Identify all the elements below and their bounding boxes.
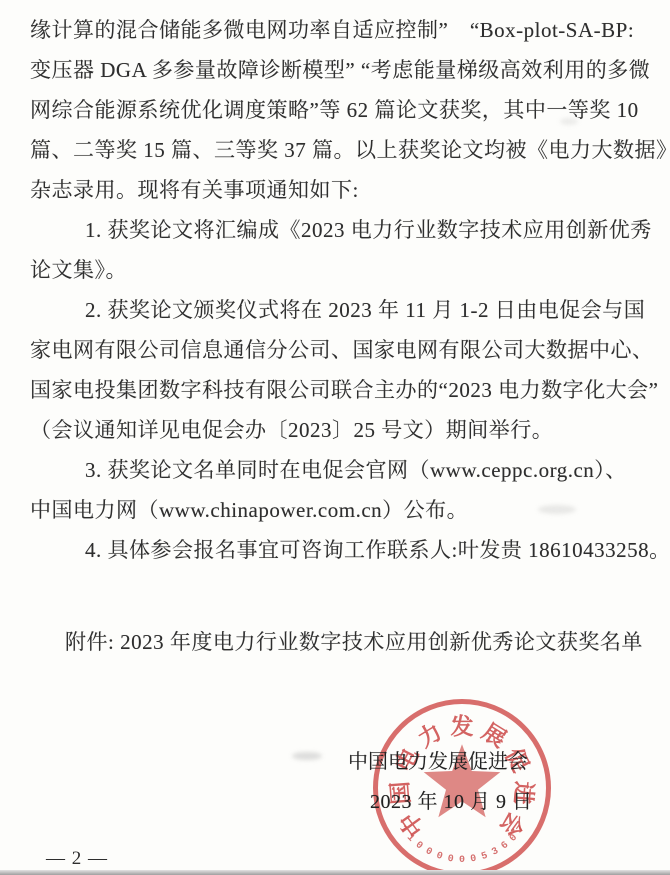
- text-line: 篇、二等奖 15 篇、三等奖 37 篇。以上获奖论文均被《电力大数据》: [30, 130, 642, 170]
- text-line: 网综合能源系统优化调度策略”等 62 篇论文获奖，其中一等奖 10: [30, 90, 642, 130]
- issue-date: 2023 年 10 月 9 日: [370, 782, 533, 822]
- text-line: 2. 获奖论文颁奖仪式将在 2023 年 11 月 1-2 日由电促会与国: [30, 290, 642, 330]
- page-number: — 2 —: [46, 845, 108, 873]
- issuer-signature: 中国电力发展促进会: [348, 742, 528, 782]
- text-line: 4. 具体参会报名事宜可咨询工作联系人:叶发贵 18610433258。: [30, 530, 642, 570]
- text-line: 中国电力网（www.chinapower.com.cn）公布。: [30, 490, 642, 530]
- text-line: 国家电投集团数字科技有限公司联合主办的“2023 电力数字化大会”: [30, 370, 642, 410]
- attachment-line: 附件: 2023 年度电力行业数字技术应用创新优秀论文获奖名单: [65, 622, 643, 662]
- text-line: 论文集》。: [30, 250, 642, 290]
- text-line: 家电网有限公司信息通信分公司、国家电网有限公司大数据中心、: [30, 330, 642, 370]
- document-page: 缘计算的混合储能多微电网功率自适应控制” “Box-plot-SA-BP:变压器…: [0, 0, 670, 875]
- text-line: （会议通知详见电促会办〔2023〕25 号文）期间举行。: [30, 410, 642, 450]
- text-line: 变压器 DGA 多参量故障诊断模型” “考虑能量梯级高效利用的多微: [30, 50, 642, 90]
- scan-edge-strip: [0, 870, 670, 875]
- text-line: 杂志录用。现将有关事项通知如下:: [30, 170, 642, 210]
- text-line: 3. 获奖论文名单同时在电促会官网（www.ceppc.org.cn）、: [30, 450, 642, 490]
- text-line: 缘计算的混合储能多微电网功率自适应控制” “Box-plot-SA-BP:: [30, 10, 642, 50]
- document-body: 缘计算的混合储能多微电网功率自适应控制” “Box-plot-SA-BP:变压器…: [30, 10, 642, 570]
- text-line: 1. 获奖论文将汇编成《2023 电力行业数字技术应用创新优秀: [30, 210, 642, 250]
- scan-smudge: [292, 752, 322, 760]
